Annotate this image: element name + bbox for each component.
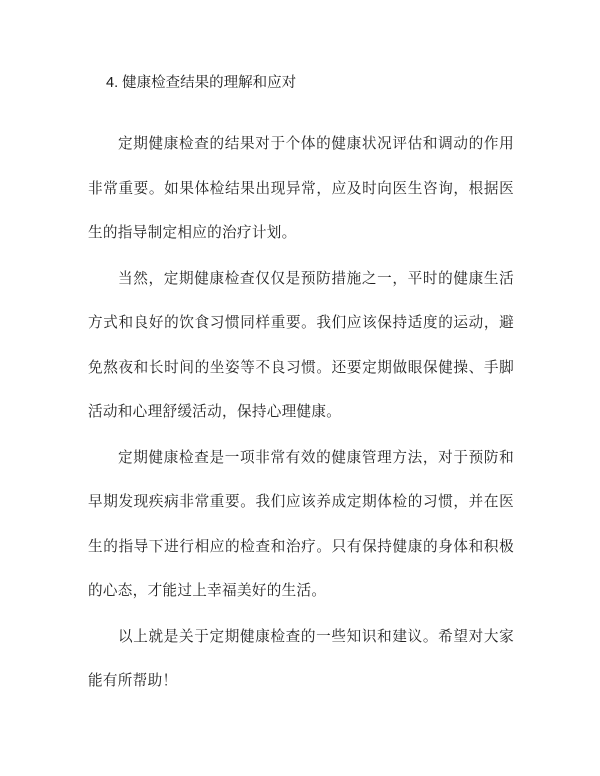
paragraph-results: 定期健康检查的结果对于个体的健康状况评估和调动的作用非常重要。如果体检结果出现异… — [88, 122, 514, 256]
section-heading: 4. 健康检查结果的理解和应对 — [106, 72, 514, 94]
document-page: 4. 健康检查结果的理解和应对 定期健康检查的结果对于个体的健康状况评估和调动的… — [88, 72, 514, 704]
paragraph-lifestyle: 当然，定期健康检查仅仅是预防措施之一，平时的健康生活方式和良好的饮食习惯同样重要… — [88, 257, 514, 435]
paragraph-conclusion: 以上就是关于定期健康检查的一些知识和建议。希望对大家能有所帮助！ — [88, 615, 514, 704]
paragraph-importance: 定期健康检查是一项非常有效的健康管理方法，对于预防和早期发现疾病非常重要。我们应… — [88, 436, 514, 614]
